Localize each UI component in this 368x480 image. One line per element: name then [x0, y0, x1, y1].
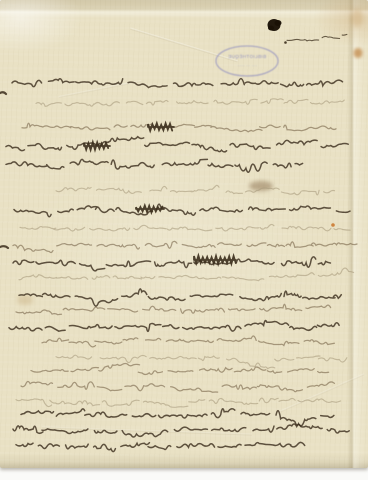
annotation-dot	[284, 41, 287, 44]
edge-ink-mark	[0, 246, 8, 248]
edge-ink-mark	[0, 92, 6, 94]
handwriting-line	[13, 257, 330, 271]
handwriting-line	[13, 424, 349, 437]
scanned-letter: BIBLIOTHÈQUE ··· ·· ····	[0, 0, 368, 480]
handwriting-line	[12, 79, 343, 88]
handwriting-line	[16, 304, 331, 314]
handwriting-line	[19, 268, 354, 281]
paper-stain	[354, 48, 363, 58]
handwriting-body	[6, 79, 357, 452]
handwriting-line	[22, 123, 336, 132]
handwriting-line	[21, 381, 334, 392]
paper-stain	[351, 9, 363, 27]
handwriting-line	[6, 159, 303, 172]
stamp-line1: BIBLIOTHÈQUE	[228, 53, 266, 59]
crossed-out-scribbles	[84, 123, 236, 264]
corner-annotation	[284, 34, 347, 43]
handwriting-line	[16, 442, 305, 451]
handwriting-line	[36, 99, 344, 107]
seal-blot-shape	[268, 26, 274, 31]
handwriting-line	[13, 241, 357, 252]
handwriting-line	[9, 321, 339, 332]
handwriting-line	[19, 289, 341, 306]
library-stamp: BIBLIOTHÈQUE ··· ·· ····	[216, 46, 278, 76]
ink-strikethrough	[84, 142, 110, 150]
page-edge-ink-marks	[0, 92, 8, 248]
scan-overlay: BIBLIOTHÈQUE ··· ·· ····	[0, 0, 368, 480]
handwriting-line	[56, 355, 347, 368]
seal-blot-shape	[275, 20, 282, 26]
stamp-line2: ··· ·· ····	[237, 63, 257, 68]
handwriting-line	[14, 204, 350, 217]
handwriting-line	[42, 336, 334, 347]
handwriting-line	[21, 409, 334, 426]
stamp-oval-border	[216, 46, 278, 76]
stamp-mirrored-text: BIBLIOTHÈQUE ··· ·· ····	[228, 53, 266, 68]
handwriting-line	[20, 224, 350, 231]
handwriting-line	[56, 185, 335, 195]
annotation-squiggle	[287, 34, 347, 41]
handwriting-line	[31, 364, 329, 375]
paper-stain	[249, 181, 273, 191]
paper-stain	[17, 295, 33, 305]
handwriting-line	[6, 137, 348, 152]
handwriting-line	[16, 398, 340, 407]
ink-seal-blot	[268, 19, 282, 31]
paper-stain	[331, 223, 335, 227]
ink-strikethrough	[148, 123, 174, 131]
